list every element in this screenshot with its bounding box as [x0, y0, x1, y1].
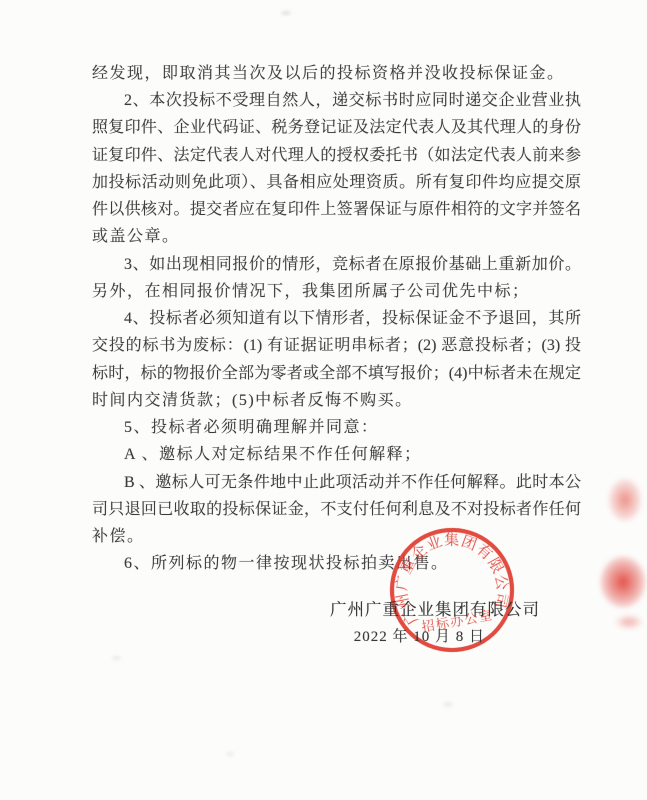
body-line: 加投标活动则免此项）、具备相应处理资质。所有复印件均应提交原 — [92, 169, 581, 197]
red-ink-smudge — [600, 556, 646, 608]
body-line: A 、邀标人对定标结果不作任何解释； — [92, 441, 581, 469]
body-line: 或盖公章。 — [92, 223, 581, 251]
company-signature: 广州广重企业集团有限公司 — [300, 596, 540, 624]
scan-speck — [112, 656, 121, 660]
body-line: 司只退回已收取的投标保证金，不支付任何利息及不对投标者作任何 — [92, 496, 581, 524]
body-line: 照复印件、企业代码证、税务登记证及法定代表人及其代理人的身份 — [92, 114, 581, 142]
scan-speck — [226, 752, 234, 756]
scan-speck — [443, 702, 453, 707]
document-body: 经发现，即取消其当次及以后的投标资格并没收投标保证金。 2、本次投标不受理自然人… — [92, 0, 581, 600]
body-line: 标时，标的物报价全部为零者或全部不填写报价；(4)中标者未在规定 — [92, 360, 581, 388]
body-line: 3、如出现相同报价的情形，竞标者在原报价基础上重新加价。 — [92, 251, 581, 279]
body-line: 2、本次投标不受理自然人，递交标书时应同时递交企业营业执 — [92, 87, 581, 115]
scanned-document-page: 经发现，即取消其当次及以后的投标资格并没收投标保证金。 2、本次投标不受理自然人… — [0, 0, 647, 800]
red-ink-smudge — [608, 478, 642, 522]
body-line: 时间内交清货款；(5)中标者反悔不购买。 — [92, 387, 581, 415]
body-line: 5、投标者必须明确理解并同意： — [92, 414, 581, 442]
body-line: 4、投标者必须知道有以下情形者，投标保证金不予退回，其所 — [92, 305, 581, 333]
scan-speck — [281, 11, 291, 15]
body-line: B 、邀标人可无条件地中止此项活动并不作任何解释。此时本公 — [92, 469, 581, 497]
body-line: 另外，在相同报价情况下，我集团所属子公司优先中标； — [92, 278, 581, 306]
body-line: 交投的标书为废标：(1) 有证据证明串标者；(2) 恶意投标者；(3) 投 — [92, 332, 581, 360]
document-date: 2022 年 10 月 8 日 — [300, 624, 485, 652]
body-line: 证复印件、法定代表人对代理人的授权委托书（如法定代表人前来参 — [92, 142, 581, 170]
body-line: 件以供核对。提交者应在复印件上签署保证与原件相符的文字并签名 — [92, 196, 581, 224]
body-line: 经发现，即取消其当次及以后的投标资格并没收投标保证金。 — [92, 60, 581, 88]
red-ink-smudge — [614, 614, 644, 630]
